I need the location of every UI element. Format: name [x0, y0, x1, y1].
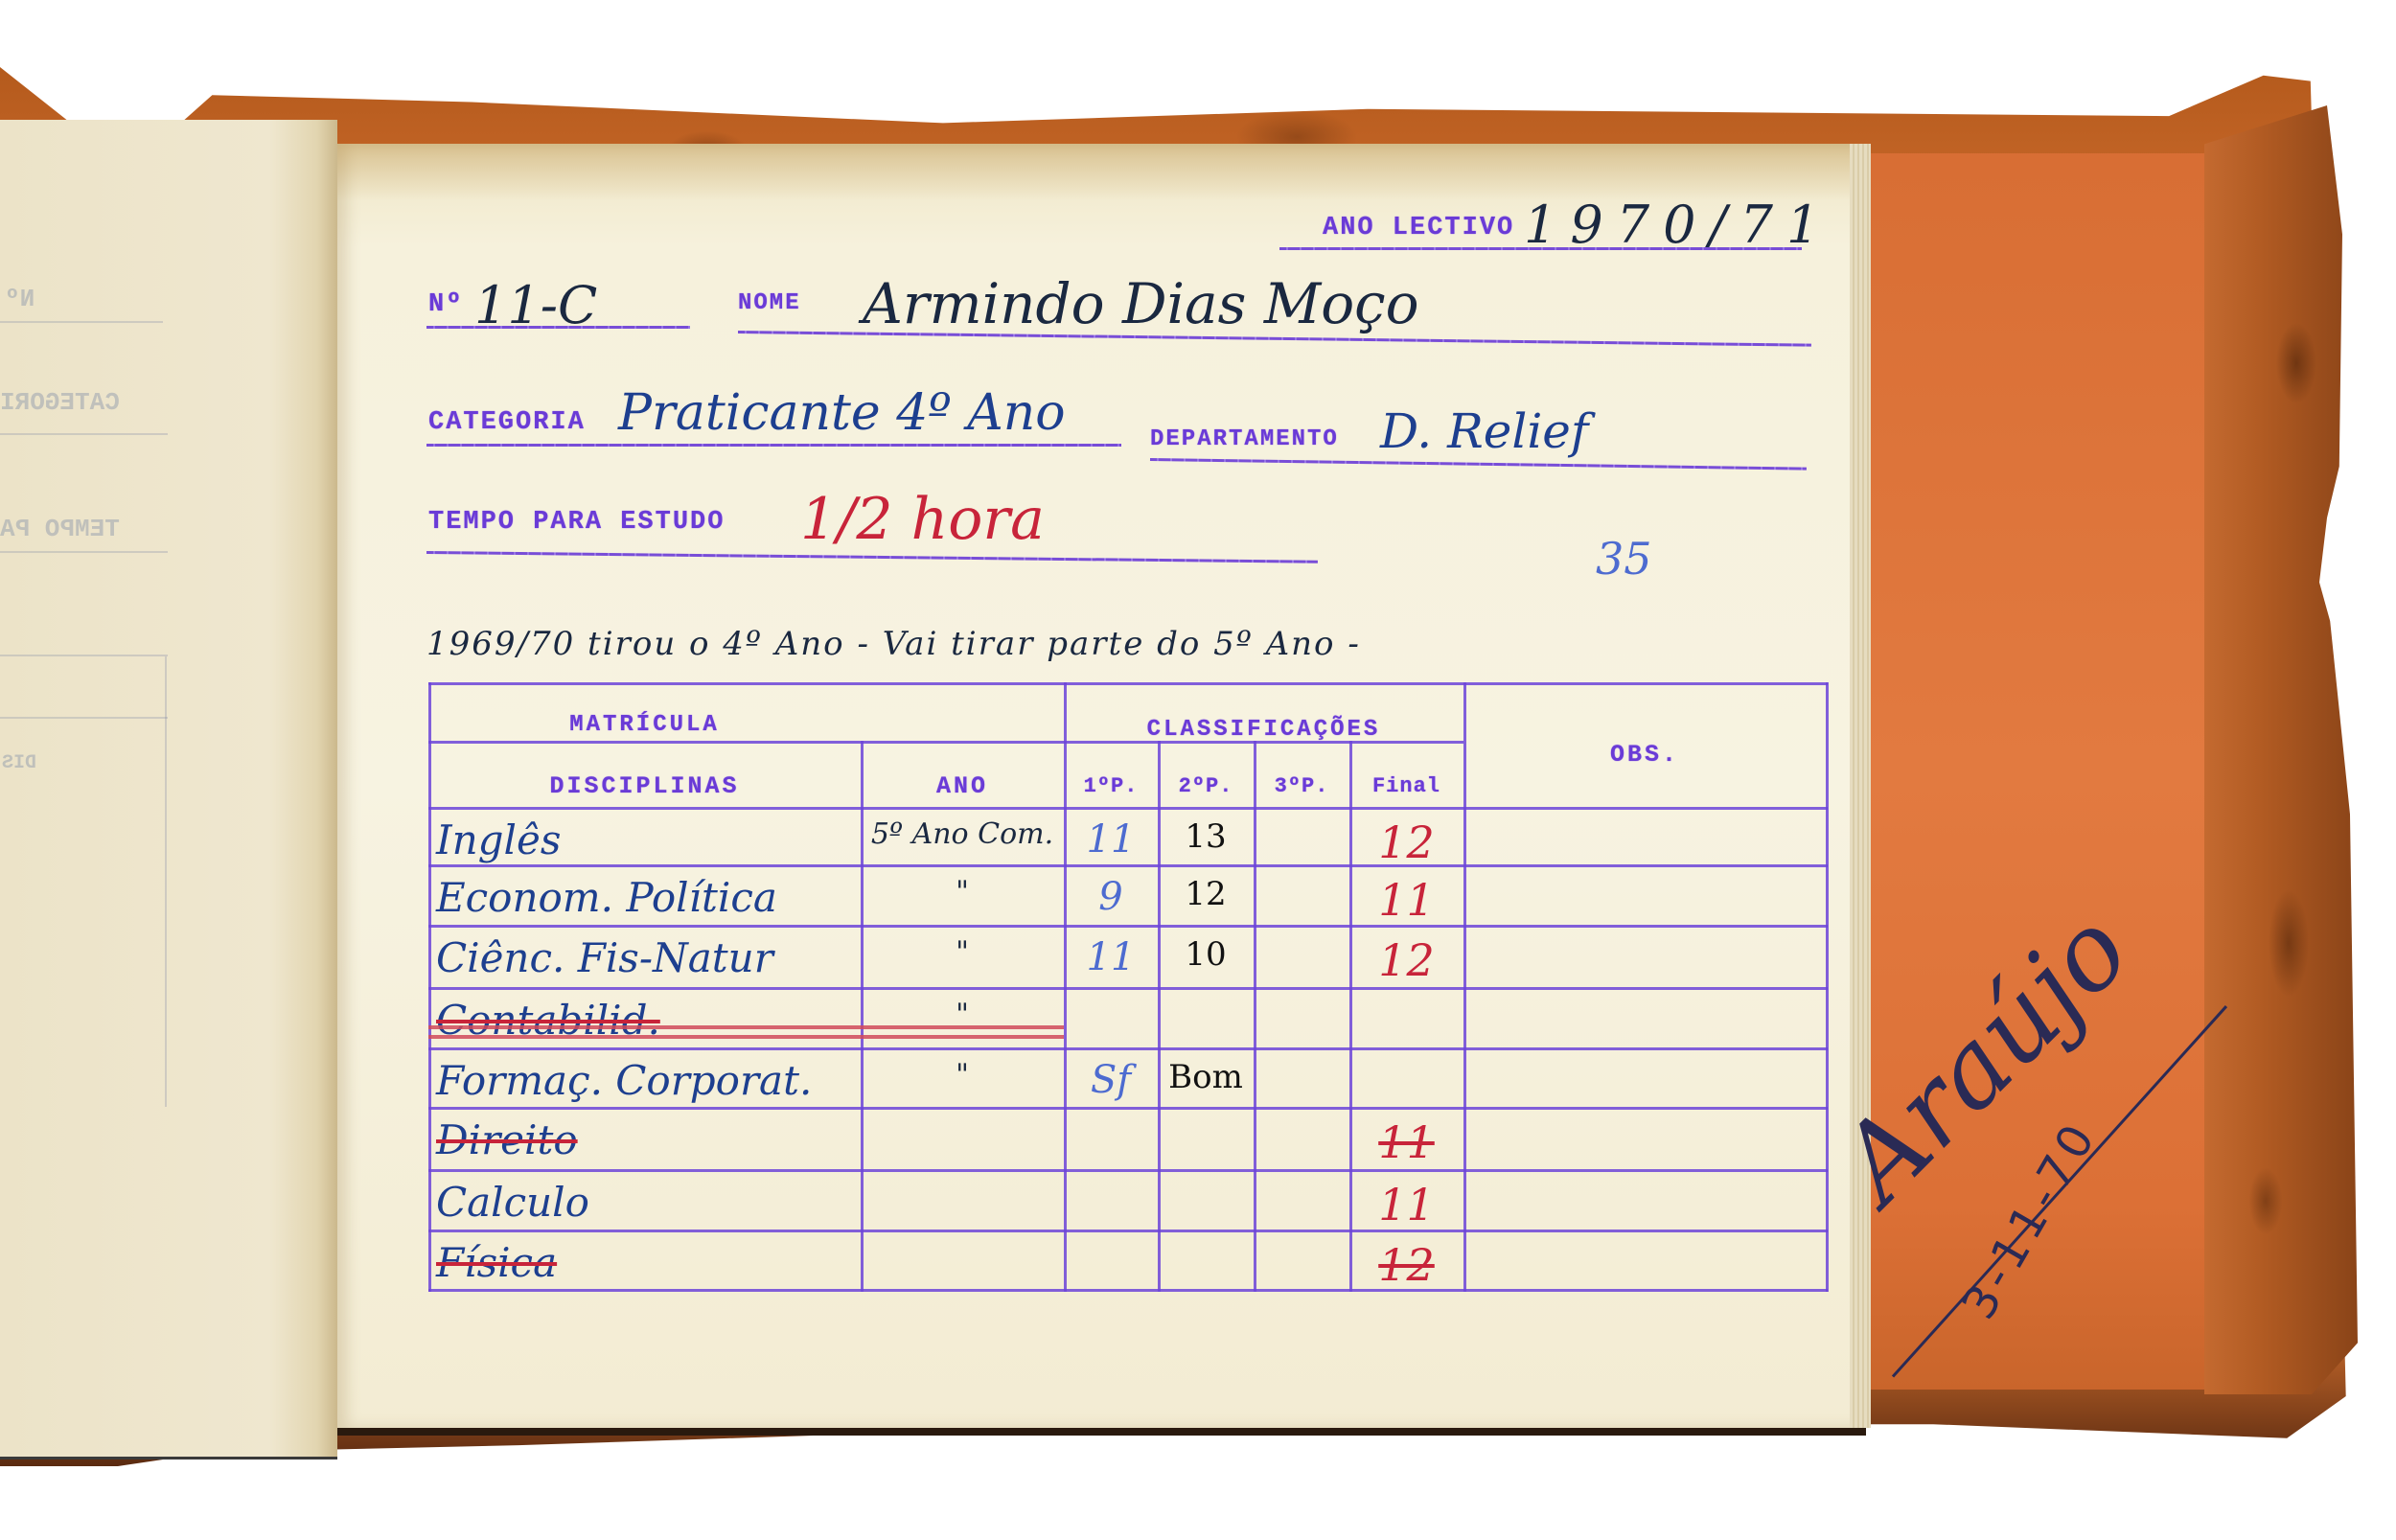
cell-ano: " — [861, 878, 1064, 907]
cell-final: 12 — [1349, 1243, 1463, 1287]
name-value: Armindo Dias Moço — [863, 276, 1419, 332]
page-stack-edge — [1850, 144, 1871, 1428]
number-label: Nº — [428, 292, 463, 318]
school-year-value: 1970/71 — [1524, 199, 1832, 251]
study-time-label: TEMPO PARA ESTUDO — [428, 510, 725, 536]
number-value: 11-C — [474, 280, 597, 332]
cell-p2: 12 — [1158, 878, 1254, 910]
school-year-label: ANO LECTIVO — [1323, 216, 1514, 241]
cell-final: 12 — [1349, 938, 1463, 982]
col-p1: 1ºP. — [1064, 776, 1158, 797]
cell-ano: " — [861, 938, 1064, 967]
col-final: Final — [1349, 776, 1463, 797]
cell-disciplina: Formaç. Corporat. — [436, 1061, 858, 1101]
col-disciplinas: DISCIPLINAS — [428, 774, 861, 798]
cell-disciplina: Inglês — [436, 820, 858, 861]
cell-disciplina: Econom. Política — [436, 878, 858, 918]
cell-final: 11 — [1349, 1120, 1463, 1164]
cell-p2: 13 — [1158, 820, 1254, 853]
side-number: 35 — [1596, 537, 1652, 581]
cell-ano: " — [861, 1061, 1064, 1090]
folder-torn-edge — [2204, 105, 2358, 1394]
left-ghost-category-label: CATEGORI — [0, 388, 120, 417]
cell-disciplina: Ciênc. Fis-Natur — [436, 938, 858, 978]
cell-disciplina: Física — [436, 1243, 858, 1283]
cell-p2: 10 — [1158, 938, 1254, 971]
col-p2: 2ºP. — [1158, 776, 1254, 797]
cell-final: 11 — [1349, 878, 1463, 922]
left-ghost-number-label: Nº — [5, 285, 35, 313]
strikethrough-line — [428, 1025, 1064, 1029]
cell-p2: Bom — [1158, 1061, 1254, 1093]
department-value: D. Relief — [1380, 407, 1588, 455]
cell-final: 11 — [1349, 1183, 1463, 1227]
strikethrough-line — [428, 1035, 1064, 1039]
category-value: Praticante 4º Ano — [618, 388, 1066, 438]
col-p3: 3ºP. — [1254, 776, 1349, 797]
col-ano: ANO — [861, 774, 1064, 798]
department-label: DEPARTAMENTO — [1150, 428, 1339, 451]
classificacoes-header: CLASSIFICAÇÕES — [1064, 719, 1463, 742]
name-label: NOME — [738, 292, 801, 315]
left-ghost-study-label: TEMPO PA — [0, 515, 120, 543]
cell-final: 12 — [1349, 820, 1463, 864]
cell-p1: Sf — [1064, 1061, 1158, 1099]
left-page: Nº CATEGORI TEMPO PA DIS — [0, 120, 337, 1460]
previous-year-note: 1969/70 tirou o 4º Ano - Vai tirar parte… — [426, 628, 1361, 660]
cell-disciplina: Calculo — [436, 1183, 858, 1223]
cell-p1: 9 — [1064, 878, 1158, 916]
category-label: CATEGORIA — [428, 410, 586, 436]
matricula-header: MATRÍCULA — [428, 714, 861, 737]
cell-disciplina: Direito — [436, 1120, 858, 1161]
cell-p1: 11 — [1064, 938, 1158, 977]
cell-ano: 5º Ano Com. — [861, 820, 1064, 849]
cell-p1: 11 — [1064, 820, 1158, 859]
left-ghost-table-label: DIS — [2, 752, 36, 774]
obs-header: OBS. — [1463, 743, 1826, 767]
study-time-value: 1/2 hora — [800, 491, 1045, 548]
